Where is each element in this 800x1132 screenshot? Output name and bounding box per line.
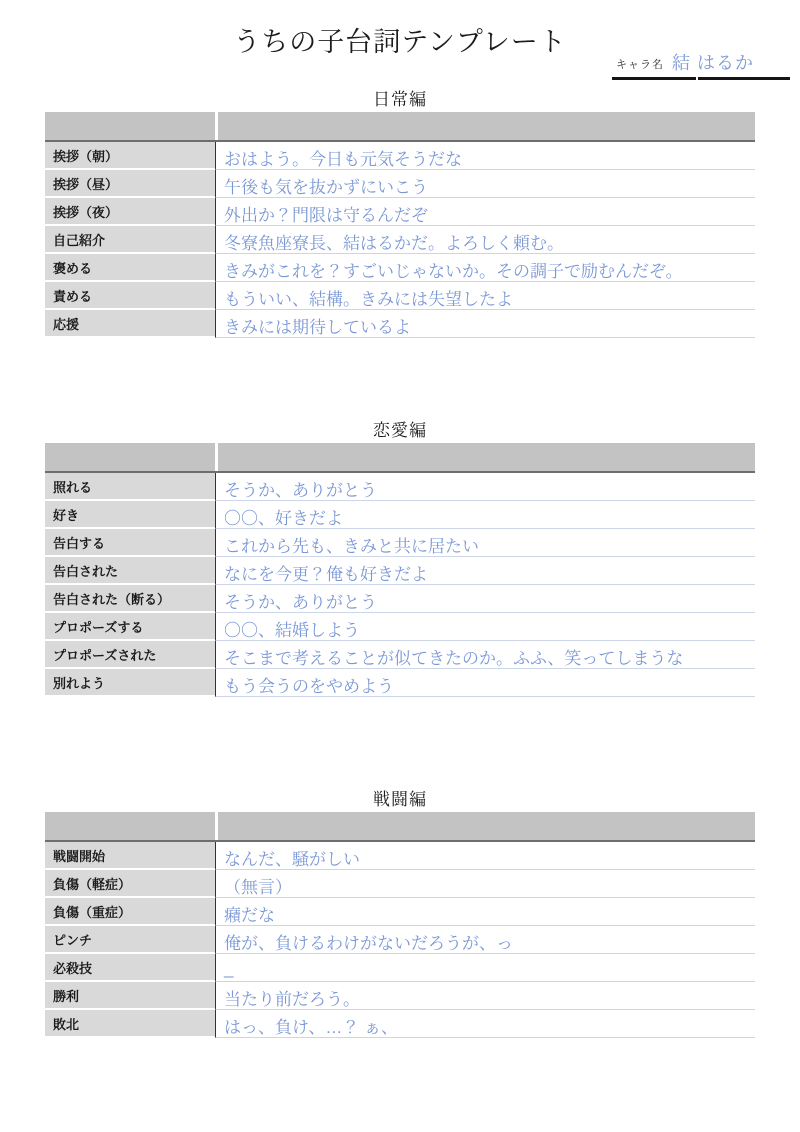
dialogue-cell[interactable]: 癪だな (215, 898, 755, 926)
dialogue-cell[interactable]: そうか、ありがとう (215, 585, 755, 613)
row-label: 必殺技 (45, 954, 215, 982)
dialogue-cell[interactable]: もう会うのをやめよう (215, 669, 755, 697)
row-label: 挨拶（朝） (45, 142, 215, 170)
row-label: 挨拶（昼） (45, 170, 215, 198)
row-label: 挨拶（夜） (45, 198, 215, 226)
dialogue-cell[interactable]: _ (215, 954, 755, 982)
underline-notch (696, 77, 698, 80)
table-row: 勝利 当たり前だろう。 (45, 982, 755, 1010)
table-row: 挨拶（朝） おはよう。今日も元気そうだな (45, 142, 755, 170)
dialogue-cell[interactable]: これから先も、きみと共に居たい (215, 529, 755, 557)
row-label: 告白された (45, 557, 215, 585)
battle-table: 戦闘開始 なんだ、騒がしい 負傷（軽症） （無言） 負傷（重症） 癪だな ピンチ… (45, 812, 755, 1038)
table-row: 戦闘開始 なんだ、騒がしい (45, 842, 755, 870)
row-label: 好き (45, 501, 215, 529)
dialogue-cell[interactable]: なにを今更？俺も好きだよ (215, 557, 755, 585)
dialogue-cell[interactable]: 当たり前だろう。 (215, 982, 755, 1010)
dialogue-cell[interactable]: 俺が、負けるわけがないだろうが、っ (215, 926, 755, 954)
table-row: 照れる そうか、ありがとう (45, 473, 755, 501)
table-header-row (45, 112, 755, 142)
row-label: 告白された（断る） (45, 585, 215, 613)
header-label-cell (45, 443, 215, 471)
row-label: 責める (45, 282, 215, 310)
dialogue-cell[interactable]: もういい、結構。きみには失望したよ (215, 282, 755, 310)
dialogue-cell[interactable]: 〇〇、好きだよ (215, 501, 755, 529)
dialogue-cell[interactable]: 冬寮魚座寮長、結はるかだ。よろしく頼む。 (215, 226, 755, 254)
row-label: ピンチ (45, 926, 215, 954)
dialogue-cell[interactable]: 外出か？門限は守るんだぞ (215, 198, 755, 226)
dialogue-cell[interactable]: そこまで考えることが似てきたのか。ふふ、笑ってしまうな (215, 641, 755, 669)
table-row: 負傷（軽症） （無言） (45, 870, 755, 898)
table-row: 応援 きみには期待しているよ (45, 310, 755, 338)
table-row: 告白された（断る） そうか、ありがとう (45, 585, 755, 613)
character-name-label: キャラ名 (612, 56, 672, 75)
table-row: 告白する これから先も、きみと共に居たい (45, 529, 755, 557)
romance-table: 照れる そうか、ありがとう 好き 〇〇、好きだよ 告白する これから先も、きみと… (45, 443, 755, 697)
dialogue-cell[interactable]: （無言） (215, 870, 755, 898)
daily-table: 挨拶（朝） おはよう。今日も元気そうだな 挨拶（昼） 午後も気を抜かずにいこう … (45, 112, 755, 338)
document-page: うちの子台詞テンプレート キャラ名 結 はるか 日常編 挨拶（朝） おはよう。今… (0, 0, 800, 1132)
table-row: 好き 〇〇、好きだよ (45, 501, 755, 529)
table-row: プロポーズされた そこまで考えることが似てきたのか。ふふ、笑ってしまうな (45, 641, 755, 669)
row-label: プロポーズする (45, 613, 215, 641)
row-label: 勝利 (45, 982, 215, 1010)
table-row: ピンチ 俺が、負けるわけがないだろうが、っ (45, 926, 755, 954)
table-header-row (45, 443, 755, 473)
table-row: 自己紹介 冬寮魚座寮長、結はるかだ。よろしく頼む。 (45, 226, 755, 254)
row-label: 戦闘開始 (45, 842, 215, 870)
section-heading-battle: 戦闘編 (0, 785, 800, 810)
row-label: 負傷（軽症） (45, 870, 215, 898)
dialogue-cell[interactable]: 〇〇、結婚しよう (215, 613, 755, 641)
table-row: 負傷（重症） 癪だな (45, 898, 755, 926)
table-row: 必殺技 _ (45, 954, 755, 982)
header-value-cell (218, 443, 755, 471)
table-row: 挨拶（昼） 午後も気を抜かずにいこう (45, 170, 755, 198)
row-label: 褒める (45, 254, 215, 282)
row-label: プロポーズされた (45, 641, 215, 669)
table-header-row (45, 812, 755, 842)
table-row: 敗北 はっ、負け、…？ ぁ、 (45, 1010, 755, 1038)
header-value-cell (218, 812, 755, 840)
table-row: 褒める きみがこれを？すごいじゃないか。その調子で励むんだぞ。 (45, 254, 755, 282)
header-label-cell (45, 112, 215, 140)
row-label: 告白する (45, 529, 215, 557)
row-label: 敗北 (45, 1010, 215, 1038)
dialogue-cell[interactable]: なんだ、騒がしい (215, 842, 755, 870)
character-name-value[interactable]: 結 はるか (672, 49, 754, 75)
row-label: 照れる (45, 473, 215, 501)
character-name-field: キャラ名 結 はるか (612, 47, 790, 80)
section-heading-daily: 日常編 (0, 85, 800, 110)
row-label: 自己紹介 (45, 226, 215, 254)
table-row: 責める もういい、結構。きみには失望したよ (45, 282, 755, 310)
table-row: 別れよう もう会うのをやめよう (45, 669, 755, 697)
dialogue-cell[interactable]: 午後も気を抜かずにいこう (215, 170, 755, 198)
row-label: 応援 (45, 310, 215, 338)
dialogue-cell[interactable]: そうか、ありがとう (215, 473, 755, 501)
row-label: 別れよう (45, 669, 215, 697)
table-row: 挨拶（夜） 外出か？門限は守るんだぞ (45, 198, 755, 226)
dialogue-cell[interactable]: はっ、負け、…？ ぁ、 (215, 1010, 755, 1038)
dialogue-cell[interactable]: きみには期待しているよ (215, 310, 755, 338)
dialogue-cell[interactable]: おはよう。今日も元気そうだな (215, 142, 755, 170)
dialogue-cell[interactable]: きみがこれを？すごいじゃないか。その調子で励むんだぞ。 (215, 254, 755, 282)
section-heading-romance: 恋愛編 (0, 416, 800, 441)
table-row: 告白された なにを今更？俺も好きだよ (45, 557, 755, 585)
row-label: 負傷（重症） (45, 898, 215, 926)
header-label-cell (45, 812, 215, 840)
header-value-cell (218, 112, 755, 140)
table-row: プロポーズする 〇〇、結婚しよう (45, 613, 755, 641)
